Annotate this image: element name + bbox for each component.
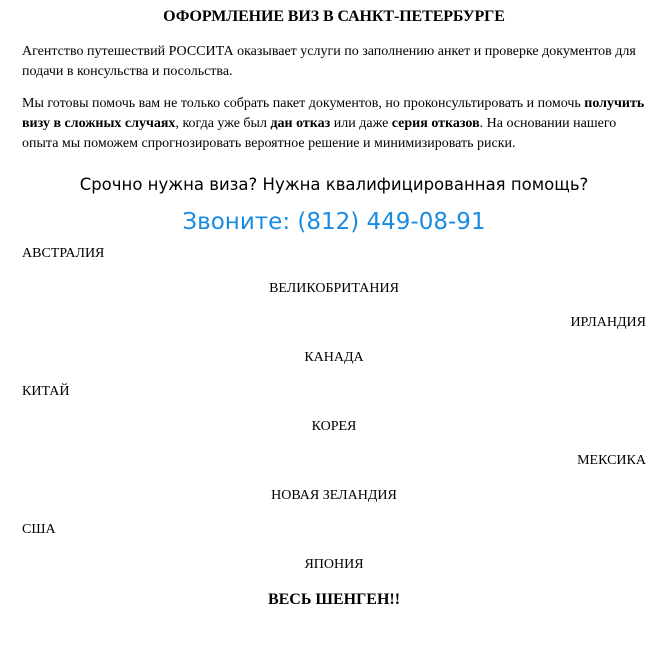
- intro-paragraph: Агентство путешествий РОССИТА оказывает …: [22, 42, 646, 82]
- country-link[interactable]: ИРЛАНДИЯ: [22, 314, 646, 349]
- country-link[interactable]: НОВАЯ ЗЕЛАНДИЯ: [22, 487, 646, 522]
- country-list: АВСТРАЛИЯВЕЛИКОБРИТАНИЯИРЛАНДИЯКАНАДАКИТ…: [22, 245, 646, 590]
- help-text-part2: , когда уже был: [175, 116, 270, 131]
- help-paragraph: Мы готовы помочь вам не только собрать п…: [22, 94, 646, 154]
- help-bold-refusal: дан отказ: [270, 116, 330, 131]
- phone-link[interactable]: Звоните: (812) 449-08-91: [22, 207, 646, 237]
- urgent-help-heading: Срочно нужна виза? Нужна квалифицированн…: [22, 174, 646, 196]
- country-link[interactable]: КОРЕЯ: [22, 418, 646, 453]
- country-link[interactable]: АВСТРАЛИЯ: [22, 245, 646, 280]
- help-text-part1: Мы готовы помочь вам не только собрать п…: [22, 96, 584, 111]
- country-link[interactable]: МЕКСИКА: [22, 452, 646, 487]
- page-title: ОФОРМЛЕНИЕ ВИЗ В САНКТ-ПЕТЕРБУРГЕ: [22, 0, 646, 27]
- country-link[interactable]: ВЕЛИКОБРИТАНИЯ: [22, 280, 646, 315]
- country-link[interactable]: ЯПОНИЯ: [22, 556, 646, 591]
- country-link[interactable]: КИТАЙ: [22, 383, 646, 418]
- help-text-part3: или даже: [330, 116, 392, 131]
- country-link[interactable]: США: [22, 521, 646, 556]
- schengen-heading: ВЕСЬ ШЕНГЕН!!: [22, 590, 646, 610]
- help-bold-series-refusals: серия отказов: [392, 116, 480, 131]
- page-content: ОФОРМЛЕНИЕ ВИЗ В САНКТ-ПЕТЕРБУРГЕ Агентс…: [0, 0, 669, 610]
- country-link[interactable]: КАНАДА: [22, 349, 646, 384]
